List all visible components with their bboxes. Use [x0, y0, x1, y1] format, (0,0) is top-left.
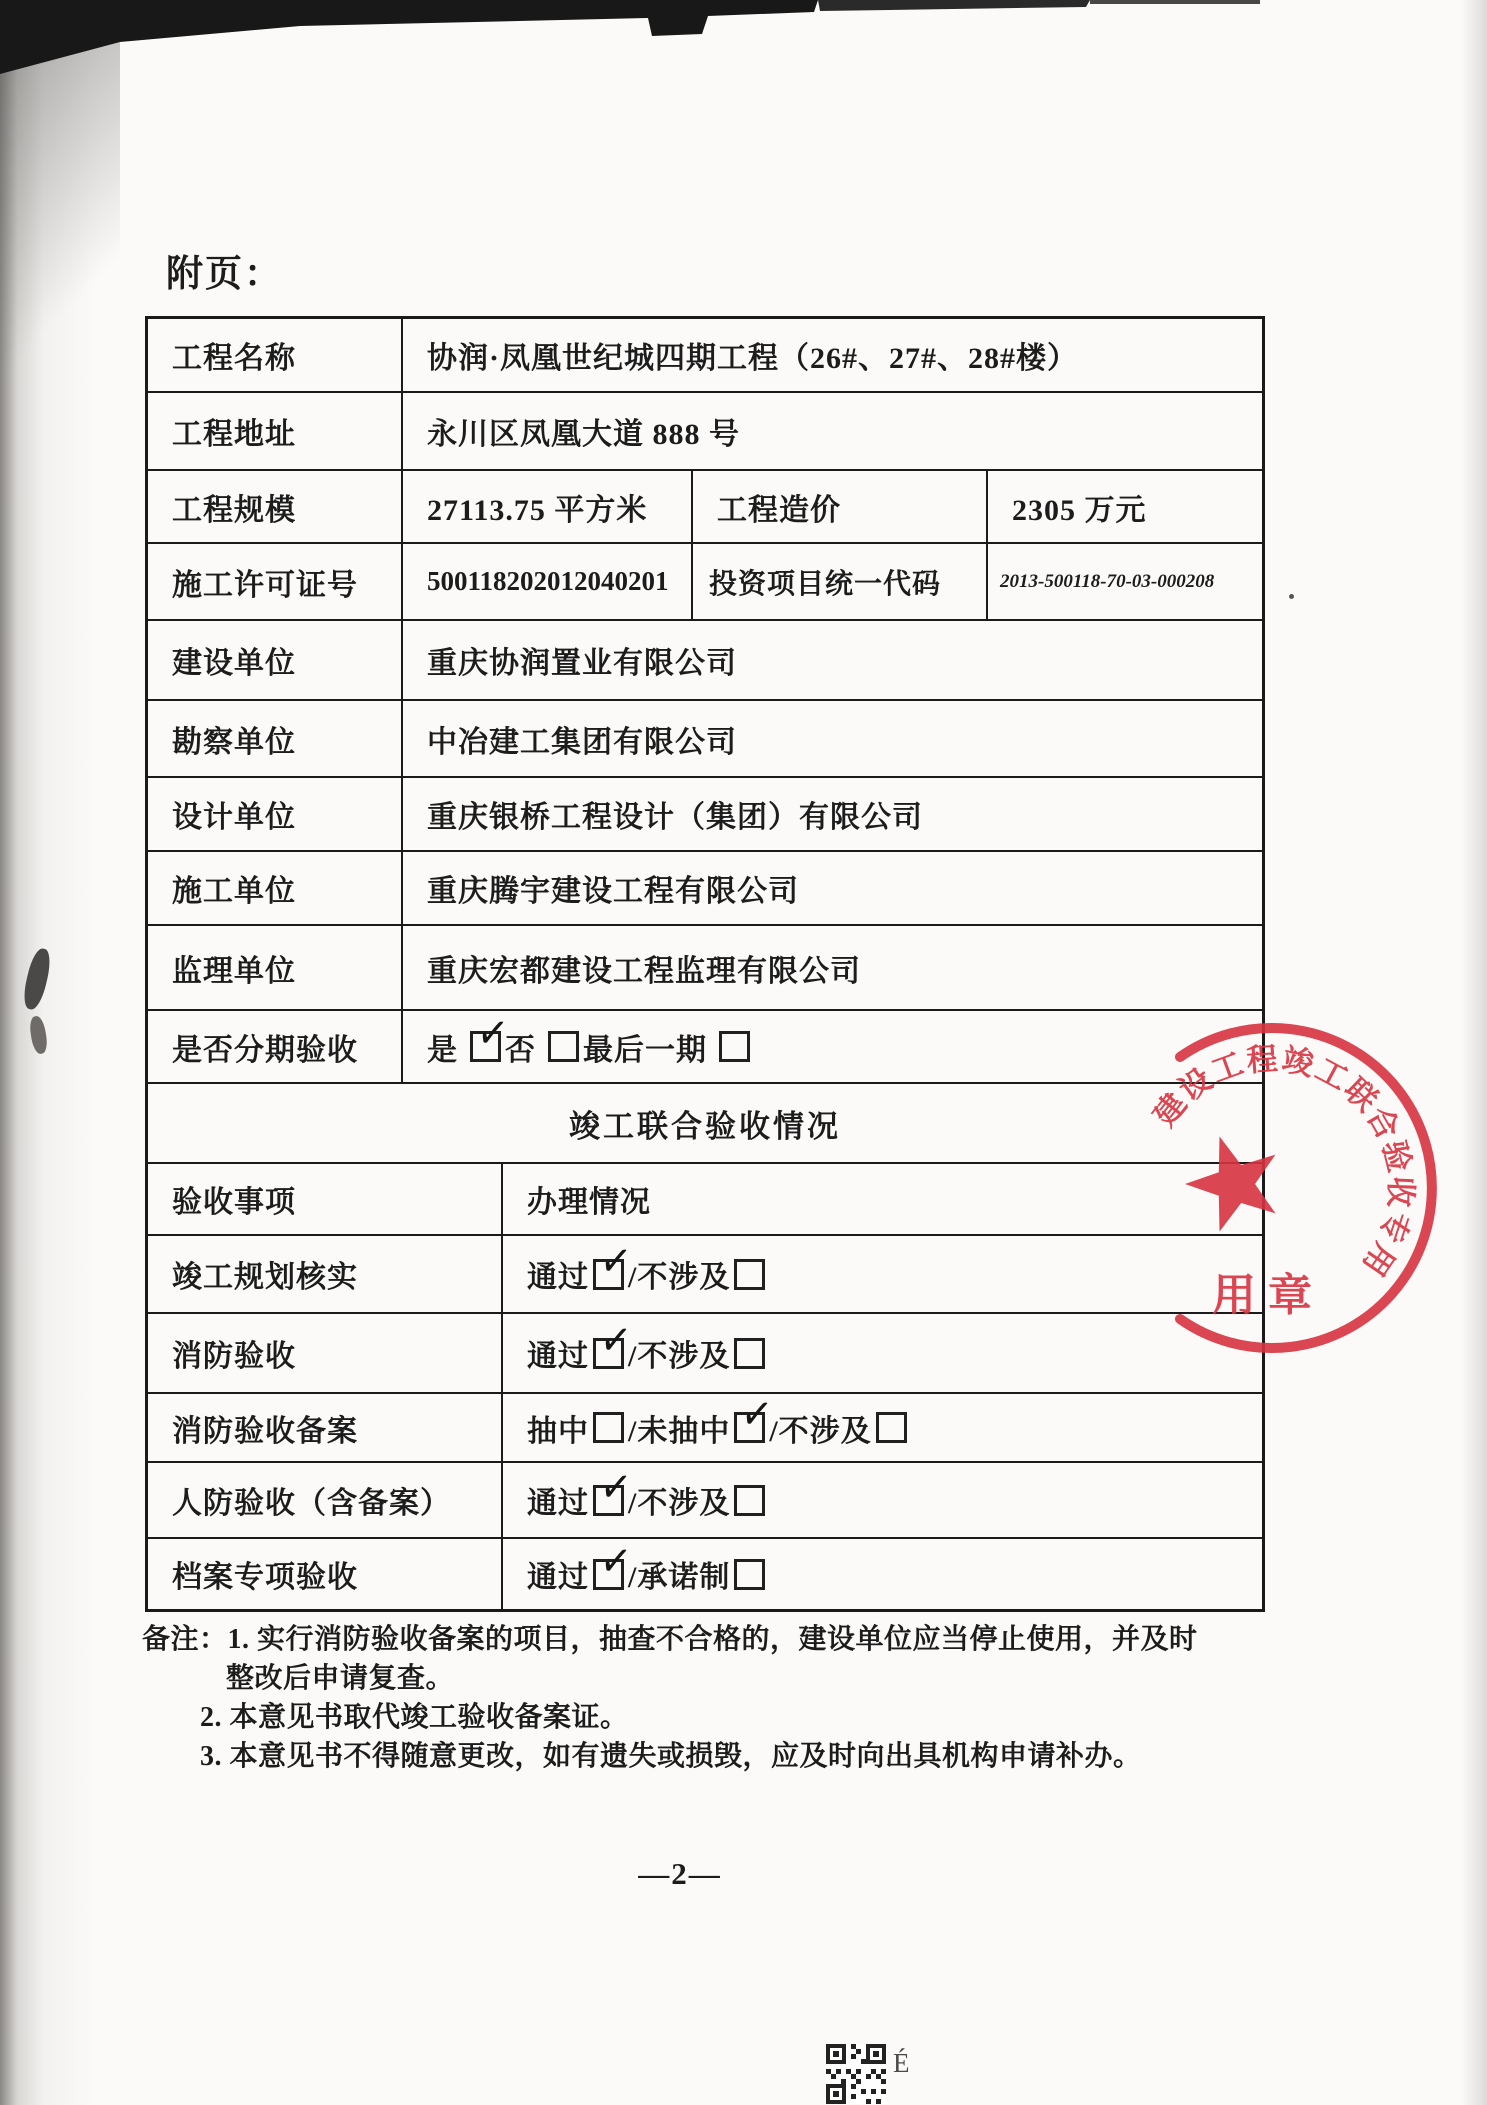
fire-record-notdrawn-label: /未抽中: [628, 1406, 730, 1450]
project-info-table: 工程名称 协润·凤凰世纪城四期工程（26#、27#、28#楼） 工程地址 永川区…: [145, 316, 1265, 1612]
project-name-label: 工程名称: [148, 319, 403, 391]
footer-glyph: É: [893, 2048, 910, 2079]
phased-no-checkbox: [548, 1031, 579, 1062]
fire-record-options: 抽中 /未抽中✓ /不涉及: [503, 1394, 1262, 1461]
row-builder: 建设单位 重庆协润置业有限公司: [148, 621, 1262, 701]
phased-label: 是否分期验收: [148, 1011, 403, 1082]
note-line-1b: 整改后申请复查。: [142, 1659, 1222, 1698]
stamp-arc-text: 建设工程竣工联合验收专用: [1147, 1041, 1419, 1284]
page-number: —2—: [560, 1856, 800, 1892]
civil-defense-pass-checkbox: ✓: [593, 1485, 624, 1516]
planning-na-label: /不涉及: [628, 1252, 730, 1296]
planning-pass-checkbox: ✓: [593, 1259, 624, 1290]
archives-promise-checkbox: [734, 1559, 765, 1590]
fire-record-label: 消防验收备案: [148, 1394, 503, 1461]
page-title: 附页：: [166, 243, 283, 297]
planning-pass-label: 通过: [527, 1252, 589, 1296]
official-stamp: 建设工程竣工联合验收专用 用章: [1072, 988, 1472, 1388]
civil-defense-label: 人防验收（含备案）: [148, 1463, 503, 1537]
row-fire-record-check: 消防验收备案 抽中 /未抽中✓ /不涉及: [148, 1394, 1262, 1463]
design-label: 设计单位: [148, 778, 403, 850]
construction-label: 施工单位: [148, 852, 403, 924]
notes-block: 备注： 1. 实行消防验收备案的项目，抽查不合格的，建设单位应当停止使用，并及时…: [142, 1620, 1222, 1776]
qr-code-icon: [826, 2044, 886, 2104]
scan-smudge: [28, 1015, 49, 1055]
note-line-1: 1. 实行消防验收备案的项目，抽查不合格的，建设单位应当停止使用，并及时: [228, 1620, 1198, 1659]
planning-na-checkbox: [734, 1259, 765, 1290]
permit-value: 500118202012040201: [403, 544, 693, 619]
permit-label: 施工许可证号: [148, 544, 403, 619]
fire-record-drawn-label: 抽中: [527, 1406, 589, 1450]
phased-yes-label: 是: [427, 1025, 458, 1069]
fire-record-na-label: /不涉及: [769, 1406, 871, 1450]
row-construction: 施工单位 重庆腾宇建设工程有限公司: [148, 852, 1262, 926]
scan-artifact-top: [0, 0, 1487, 100]
fire-record-notdrawn-checkbox: ✓: [734, 1412, 765, 1443]
cost-value: 2305 万元: [988, 471, 1262, 542]
archives-label: 档案专项验收: [148, 1539, 503, 1609]
civil-defense-options: 通过✓ /不涉及: [503, 1463, 1262, 1537]
scale-label: 工程规模: [148, 471, 403, 542]
row-address: 工程地址 永川区凤凰大道 888 号: [148, 393, 1262, 471]
address-value: 永川区凤凰大道 888 号: [403, 393, 1262, 469]
fire-record-drawn-checkbox: [593, 1412, 624, 1443]
invest-code-value: 2013-500118-70-03-000208: [988, 544, 1262, 619]
note-line-2: 2. 本意见书取代竣工验收备案证。: [142, 1698, 1222, 1737]
stamp-bottom-text: 用章: [1212, 1270, 1324, 1320]
scanned-document-page: 附页： 工程名称 协润·凤凰世纪城四期工程（26#、27#、28#楼） 工程地址…: [0, 0, 1487, 2105]
scale-value: 27113.75 平方米: [403, 471, 693, 542]
phased-no-label: 否: [505, 1025, 536, 1069]
scan-speck: [1289, 594, 1294, 599]
cost-label: 工程造价: [693, 471, 988, 542]
row-archives-check: 档案专项验收 通过✓ /承诺制: [148, 1539, 1262, 1609]
planning-label: 竣工规划核实: [148, 1236, 503, 1312]
archives-pass-label: 通过: [527, 1552, 589, 1596]
phased-yes-checkbox: ✓: [470, 1031, 501, 1062]
row-design: 设计单位 重庆银桥工程设计（集团）有限公司: [148, 778, 1262, 852]
builder-label: 建设单位: [148, 621, 403, 699]
row-civil-defense-check: 人防验收（含备案） 通过✓ /不涉及: [148, 1463, 1262, 1539]
fire-na-label: /不涉及: [628, 1331, 730, 1375]
svg-text:建设工程竣工联合验收专用: 建设工程竣工联合验收专用: [1147, 1041, 1419, 1284]
fire-na-checkbox: [734, 1338, 765, 1369]
fire-record-na-checkbox: [876, 1412, 907, 1443]
invest-code-label: 投资项目统一代码: [693, 544, 988, 619]
row-scale-cost: 工程规模 27113.75 平方米 工程造价 2305 万元: [148, 471, 1262, 544]
project-name-value: 协润·凤凰世纪城四期工程（26#、27#、28#楼）: [403, 319, 1262, 391]
fire-pass-label: 通过: [527, 1331, 589, 1375]
construction-value: 重庆腾宇建设工程有限公司: [403, 852, 1262, 924]
archives-pass-checkbox: ✓: [593, 1559, 624, 1590]
row-permit-code: 施工许可证号 500118202012040201 投资项目统一代码 2013-…: [148, 544, 1262, 621]
civil-defense-na-label: /不涉及: [628, 1478, 730, 1522]
address-label: 工程地址: [148, 393, 403, 469]
row-survey: 勘察单位 中冶建工集团有限公司: [148, 701, 1262, 778]
star-icon: [1185, 1136, 1276, 1231]
fire-pass-checkbox: ✓: [593, 1338, 624, 1369]
phased-last-label: 最后一期: [583, 1025, 707, 1069]
survey-value: 中冶建工集团有限公司: [403, 701, 1262, 776]
scan-smudge: [20, 947, 53, 1012]
fire-label: 消防验收: [148, 1314, 503, 1392]
builder-value: 重庆协润置业有限公司: [403, 621, 1262, 699]
note-line-3: 3. 本意见书不得随意更改，如有遗失或损毁，应及时向出具机构申请补办。: [142, 1737, 1222, 1776]
row-project-name: 工程名称 协润·凤凰世纪城四期工程（26#、27#、28#楼）: [148, 319, 1262, 393]
civil-defense-pass-label: 通过: [527, 1478, 589, 1522]
civil-defense-na-checkbox: [734, 1485, 765, 1516]
list-header-item: 验收事项: [148, 1164, 503, 1234]
design-value: 重庆银桥工程设计（集团）有限公司: [403, 778, 1262, 850]
archives-options: 通过✓ /承诺制: [503, 1539, 1262, 1609]
notes-label: 备注：: [142, 1620, 228, 1659]
phased-last-checkbox: [719, 1031, 750, 1062]
survey-label: 勘察单位: [148, 701, 403, 776]
supervision-label: 监理单位: [148, 926, 403, 1009]
scan-artifact-left-edge: [0, 0, 96, 2105]
archives-promise-label: /承诺制: [628, 1552, 730, 1596]
